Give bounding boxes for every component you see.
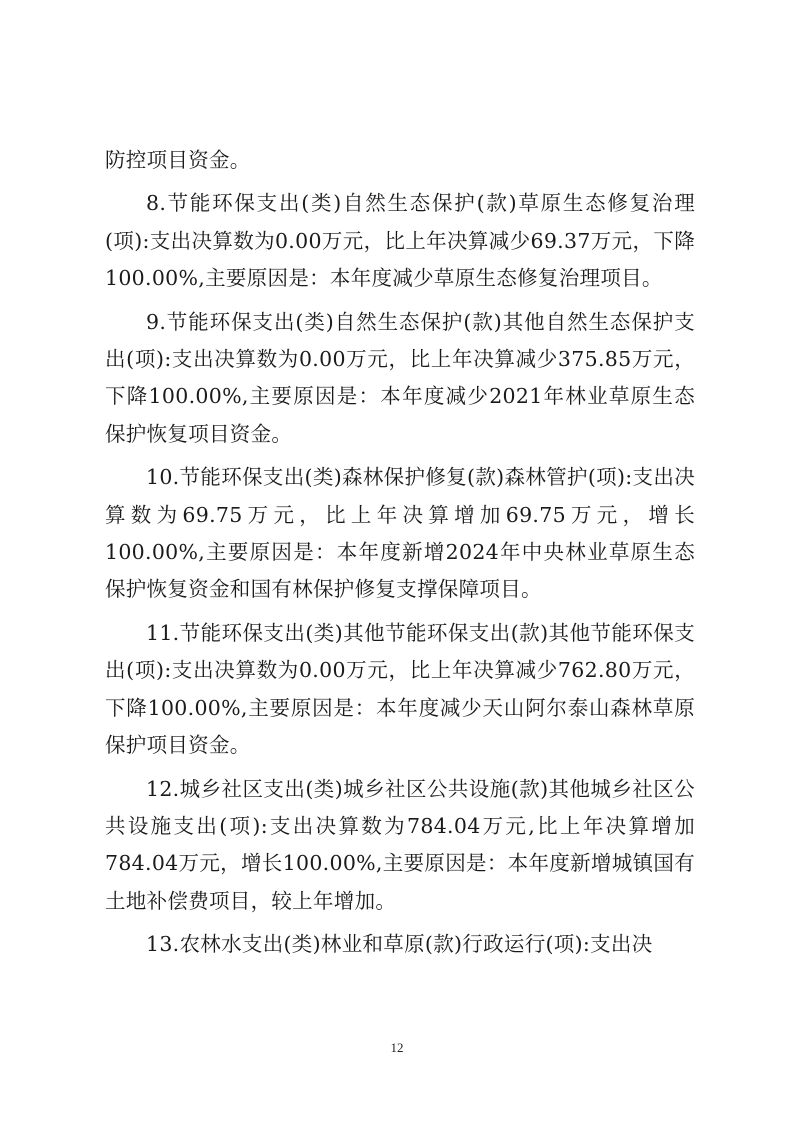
paragraph-item-13: 13.农林水支出(类)林业和草原(款)行政运行(项):支出决 [105,926,695,963]
document-body: 防控项目资金。 8.节能环保支出(类)自然生态保护(款)草原生态修复治理(项):… [105,142,695,964]
paragraph-item-9: 9.节能环保支出(类)自然生态保护(款)其他自然生态保护支出(项):支出决算数为… [105,304,695,454]
paragraph-item-10: 10.节能环保支出(类)森林保护修复(款)森林管护(项):支出决算数为69.75… [105,459,695,609]
paragraph-continuation: 防控项目资金。 [105,142,695,179]
paragraph-item-8: 8.节能环保支出(类)自然生态保护(款)草原生态修复治理(项):支出决算数为0.… [105,185,695,297]
paragraph-item-12: 12.城乡社区支出(类)城乡社区公共设施(款)其他城乡社区公共设施支出(项):支… [105,771,695,921]
paragraph-item-11: 11.节能环保支出(类)其他节能环保支出(款)其他节能环保支出(项):支出决算数… [105,615,695,765]
page-number: 12 [0,1040,794,1056]
document-page: 防控项目资金。 8.节能环保支出(类)自然生态保护(款)草原生态修复治理(项):… [0,0,794,1122]
